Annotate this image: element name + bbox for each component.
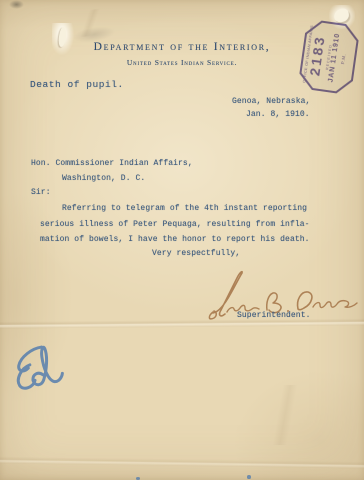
fold-crease (0, 318, 364, 328)
fold-crease (0, 456, 364, 468)
dateline-place: Genoa, Nebraska, (232, 97, 310, 107)
body-line: Referring to telegram of the 4th instant… (62, 204, 307, 214)
closing: Very respectfully, (152, 249, 240, 259)
recipient-name: Hon. Commissioner Indian Affairs, (31, 159, 193, 169)
paper-crease (200, 385, 364, 445)
salutation: Sir: (31, 188, 51, 198)
dateline-date: Jan. 8, 1910. (246, 110, 310, 120)
corner-smudge (9, 0, 24, 9)
department-title: Department of the Interior, (0, 41, 364, 53)
service-subtitle: United States Indian Service. (0, 58, 364, 67)
letter-page: OFFICE OF INDIAN AFFAIRS 2183 RECEIVED J… (0, 0, 364, 480)
received-stamp: OFFICE OF INDIAN AFFAIRS 2183 RECEIVED J… (297, 19, 360, 96)
body-line: mation of bowels, I have the honor to re… (40, 235, 310, 245)
subject-line: Death of pupil. (30, 80, 124, 90)
ink-speck (247, 475, 251, 479)
handwritten-ed-note (2, 334, 69, 397)
recipient-address: Washington, D. C. (62, 174, 145, 184)
body-line: serious illness of Peter Pequaga, result… (40, 220, 310, 230)
